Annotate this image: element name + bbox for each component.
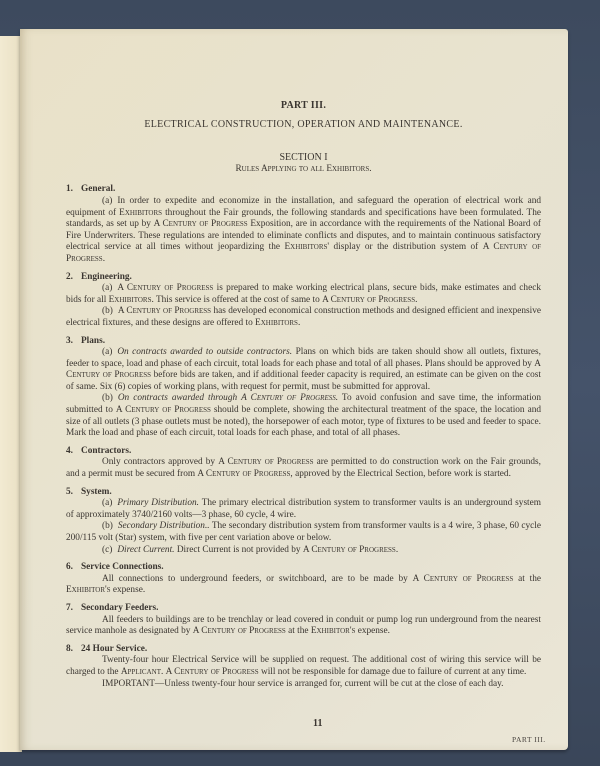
- small-caps-term: A Century of Progress: [154, 219, 248, 229]
- rule-heading: 1.General.: [66, 184, 541, 196]
- rule-title: Secondary Feeders.: [81, 603, 158, 613]
- paragraph-label: (a): [102, 196, 112, 206]
- rule-item: 1.General.(a)In order to expedite and ec…: [66, 184, 541, 265]
- rule-paragraph: (a)A Century of Progress is prepared to …: [66, 283, 541, 306]
- rule-number: 6.: [66, 562, 81, 574]
- rule-item: 8.24 Hour Service.Twenty-four hour Elect…: [66, 644, 541, 690]
- small-caps-term: A Century of Progress: [322, 295, 415, 305]
- paragraph-italic-lead: On contracts awarded to outside contract…: [117, 347, 292, 357]
- rule-paragraph: Twenty-four hour Electrical Service will…: [66, 655, 541, 678]
- paragraph-label: (c): [102, 545, 112, 555]
- rule-heading: 3.Plans.: [66, 336, 541, 348]
- small-caps-term: A Century of Progress: [197, 469, 290, 479]
- rule-item: 6.Service Connections.All connections to…: [66, 562, 541, 597]
- paragraph-italic-lead: Primary Distribution.: [117, 498, 199, 508]
- paragraph-text: IMPORTANT—Unless twenty-four hour servic…: [102, 679, 504, 689]
- rule-paragraph: (c)Direct Current. Direct Current is not…: [66, 545, 541, 557]
- paragraph-text: Direct Current is not provided by A Cent…: [177, 545, 398, 555]
- small-caps-term: A Century of Progress: [241, 393, 336, 403]
- paragraph-label: (a): [102, 283, 112, 293]
- rule-number: 2.: [66, 272, 81, 284]
- paragraph-italic-lead: On contracts awarded through A Century o…: [118, 393, 338, 403]
- small-caps-term: A Century of Progress: [193, 626, 286, 636]
- rule-title: Engineering.: [81, 272, 132, 282]
- part-title: PART III.: [66, 100, 541, 112]
- rule-heading: 2.Engineering.: [66, 272, 541, 284]
- paragraph-label: (b): [102, 521, 113, 531]
- rule-number: 3.: [66, 336, 81, 348]
- small-caps-term: A Century of Progress: [413, 574, 514, 584]
- paragraph-label: (a): [102, 347, 112, 357]
- paragraph-label: (b): [102, 306, 113, 316]
- rule-paragraph: Only contractors approved by A Century o…: [66, 457, 541, 480]
- paragraph-text: A Century of Progress has developed econ…: [66, 306, 541, 328]
- small-caps-term: A Century of Progress: [303, 545, 396, 555]
- small-caps-term: Exhibitors: [285, 242, 328, 252]
- paragraph-text: Only contractors approved by A Century o…: [66, 457, 541, 479]
- rule-heading: 7.Secondary Feeders.: [66, 603, 541, 615]
- rule-item: 7.Secondary Feeders.All feeders to build…: [66, 603, 541, 638]
- page-content: PART III. ELECTRICAL CONSTRUCTION, OPERA…: [66, 100, 541, 696]
- rule-paragraph: All feeders to buildings are to be trenc…: [66, 615, 541, 638]
- paragraph-italic-lead: Secondary Distribution..: [118, 521, 210, 531]
- rule-number: 7.: [66, 603, 81, 615]
- rule-heading: 4.Contractors.: [66, 446, 541, 458]
- page-number: 11: [313, 718, 322, 729]
- rule-title: Contractors.: [81, 446, 131, 456]
- rule-number: 5.: [66, 487, 81, 499]
- rule-paragraph: (a)Primary Distribution. The primary ele…: [66, 498, 541, 521]
- rule-paragraph: IMPORTANT—Unless twenty-four hour servic…: [66, 679, 541, 691]
- paragraph-label: (a): [102, 498, 112, 508]
- rule-number: 8.: [66, 644, 81, 656]
- paragraph-text: A Century of Progress is prepared to mak…: [66, 283, 541, 305]
- paragraph-italic-lead: Direct Current.: [117, 545, 174, 555]
- rule-heading: 6.Service Connections.: [66, 562, 541, 574]
- rule-title: Plans.: [81, 336, 105, 346]
- paragraph-text: In order to expedite and economize in th…: [66, 196, 541, 264]
- rule-paragraph: (b)On contracts awarded through A Centur…: [66, 393, 541, 439]
- rule-item: 3.Plans.(a)On contracts awarded to outsi…: [66, 336, 541, 440]
- rule-heading: 8.24 Hour Service.: [66, 644, 541, 656]
- rule-number: 4.: [66, 446, 81, 458]
- rule-paragraph: (b)A Century of Progress has developed e…: [66, 306, 541, 329]
- rule-title: General.: [81, 184, 115, 194]
- paragraph-label: (b): [102, 393, 113, 403]
- rule-title: 24 Hour Service.: [81, 644, 147, 654]
- small-caps-term: A Century of Progress: [116, 405, 211, 415]
- facing-page-edge: [0, 36, 22, 752]
- rule-item: 4.Contractors.Only contractors approved …: [66, 446, 541, 481]
- rule-paragraph: (a)On contracts awarded to outside contr…: [66, 347, 541, 393]
- rule-item: 5.System.(a)Primary Distribution. The pr…: [66, 487, 541, 557]
- rule-paragraph: All connections to underground feeders, …: [66, 574, 541, 597]
- small-caps-term: A Century of Progress: [218, 457, 313, 467]
- small-caps-term: Exhibitor's: [311, 626, 356, 636]
- rule-title: System.: [81, 487, 112, 497]
- rule-paragraph: (a)In order to expedite and economize in…: [66, 196, 541, 266]
- small-caps-term: Exhibitors: [119, 208, 162, 218]
- small-caps-term: Applicant: [121, 667, 161, 677]
- section-title: SECTION I: [66, 152, 541, 164]
- small-caps-term: Exhibitors: [109, 295, 152, 305]
- small-caps-term: A Century of Progress: [118, 306, 211, 316]
- part-subtitle: ELECTRICAL CONSTRUCTION, OPERATION AND M…: [66, 119, 541, 131]
- small-caps-term: Exhibitors: [255, 318, 298, 328]
- small-caps-term: A Century of Progress: [66, 359, 541, 381]
- small-caps-term: Exhibitor's: [66, 585, 111, 595]
- rule-title: Service Connections.: [81, 562, 164, 572]
- rule-item: 2.Engineering.(a)A Century of Progress i…: [66, 272, 541, 330]
- rule-heading: 5.System.: [66, 487, 541, 499]
- footer-part-label: PART III.: [512, 735, 546, 744]
- small-caps-term: A Century of Progress: [117, 283, 213, 293]
- document-page: PART III. ELECTRICAL CONSTRUCTION, OPERA…: [20, 29, 568, 750]
- rule-paragraph: (b)Secondary Distribution.. The secondar…: [66, 521, 541, 544]
- section-subtitle: Rules Applying to all Exhibitors.: [66, 164, 541, 176]
- small-caps-term: A Century of Progress: [166, 667, 259, 677]
- paragraph-text: All feeders to buildings are to be trenc…: [66, 615, 541, 637]
- paragraph-text: All connections to underground feeders, …: [66, 574, 541, 596]
- paragraph-text: Twenty-four hour Electrical Service will…: [66, 655, 541, 677]
- rules-list: 1.General.(a)In order to expedite and ec…: [66, 184, 541, 690]
- rule-number: 1.: [66, 184, 81, 196]
